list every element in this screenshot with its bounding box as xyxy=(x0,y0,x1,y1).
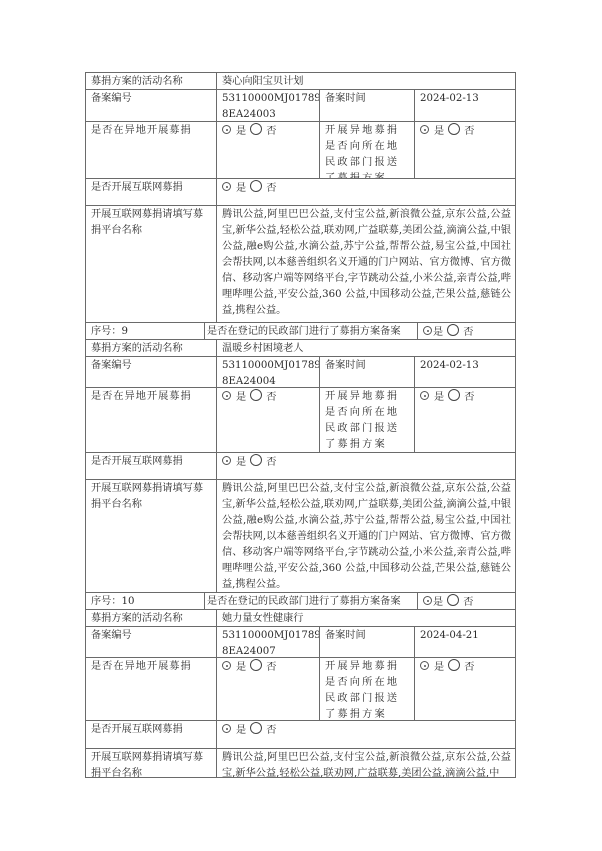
radio-no-icon[interactable] xyxy=(250,722,262,734)
offsite-report-radio-group: 是否 xyxy=(414,122,515,178)
platforms-row: 开展互联网募捐请填写募捐平台名称 腾讯公益,阿里巴巴公益,支付宝公益,新浪微公益… xyxy=(85,205,516,322)
offsite-label: 是否在异地开展募捐 xyxy=(86,122,216,178)
radio-no-label: 否 xyxy=(266,457,276,468)
activity-name-row: 募捐方案的活动名称 她力量女性健康行 xyxy=(85,609,516,626)
radio-yes-selected-icon[interactable] xyxy=(420,125,429,134)
activity-name-label: 募捐方案的活动名称 xyxy=(86,73,216,89)
activity-name-row: 募捐方案的活动名称 温暖乡村困境老人 xyxy=(85,339,516,356)
offsite-radio-group: 是否 xyxy=(216,658,319,720)
radio-yes-selected-icon[interactable] xyxy=(222,391,231,400)
radio-no-label: 否 xyxy=(464,662,474,673)
activity-name-label: 募捐方案的活动名称 xyxy=(86,340,216,356)
platforms-label: 开展互联网募捐请填写募捐平台名称 xyxy=(86,480,216,592)
internet-row: 是否开展互联网募捐 是否 xyxy=(85,720,516,748)
offsite-report-radio-group: 是否 xyxy=(414,388,515,452)
radio-yes-selected-icon[interactable] xyxy=(222,661,231,670)
radio-yes-label: 是 xyxy=(434,662,444,673)
activity-name-value: 她力量女性健康行 xyxy=(216,610,515,626)
platforms-value: 腾讯公益,阿里巴巴公益,支付宝公益,新浪微公益,京东公益,公益宝,新华公益,轻松… xyxy=(216,480,515,592)
platforms-row: 开展互联网募捐请填写募捐平台名称 腾讯公益,阿里巴巴公益,支付宝公益,新浪微公益… xyxy=(85,748,516,777)
radio-yes-label: 是 xyxy=(434,392,444,403)
filed-radio-group: 是否 xyxy=(417,323,515,339)
radio-no-label: 否 xyxy=(266,725,276,736)
filed-question-label: 是否在登记的民政部门进行了募捐方案备案 xyxy=(204,323,417,339)
radio-no-label: 否 xyxy=(266,126,276,137)
radio-yes-selected-icon[interactable] xyxy=(420,661,429,670)
offsite-report-radio-group: 是否 xyxy=(414,658,515,720)
activity-name-label: 募捐方案的活动名称 xyxy=(86,610,216,626)
record-no-line2: 8EA24004 xyxy=(222,374,315,387)
record-time-value: 2024-02-13 xyxy=(414,90,515,121)
record-no-line2: 8EA24003 xyxy=(222,107,315,121)
platforms-value: 腾讯公益,阿里巴巴公益,支付宝公益,新浪微公益,京东公益,公益宝,新华公益,轻松… xyxy=(216,206,515,322)
internet-radio-group: 是否 xyxy=(216,721,515,748)
activity-name-value: 葵心向阳宝贝计划 xyxy=(216,73,515,89)
radio-yes-selected-icon[interactable] xyxy=(420,391,429,400)
radio-no-label: 否 xyxy=(266,183,276,194)
radio-yes-selected-icon[interactable] xyxy=(423,596,432,605)
internet-row: 是否开展互联网募捐 是否 xyxy=(85,452,516,479)
radio-no-icon[interactable] xyxy=(448,389,460,401)
filed-question-label: 是否在登记的民政部门进行了募捐方案备案 xyxy=(204,593,417,609)
radio-no-label: 否 xyxy=(266,392,276,403)
radio-yes-selected-icon[interactable] xyxy=(222,182,231,191)
internet-row: 是否开展互联网募捐 是否 xyxy=(85,178,516,205)
radio-no-icon[interactable] xyxy=(250,454,262,466)
table-bottom-border xyxy=(85,777,516,778)
radio-yes-selected-icon[interactable] xyxy=(222,456,231,465)
record-no-row: 备案编号 53110000MJ017890 8EA24004 备案时间 2024… xyxy=(85,356,516,387)
offsite-label: 是否在异地开展募捐 xyxy=(86,388,216,452)
radio-yes-selected-icon[interactable] xyxy=(222,125,231,134)
record-no-value: 53110000MJ017890 8EA24003 xyxy=(216,90,319,121)
serial-row: 序号：9 是否在登记的民政部门进行了募捐方案备案 是否 xyxy=(85,322,516,339)
internet-label: 是否开展互联网募捐 xyxy=(86,179,216,205)
radio-no-icon[interactable] xyxy=(448,123,460,135)
offsite-report-label: 开展异地募捐是否向所在地民政部门报送了募捐方案 xyxy=(319,122,414,178)
platforms-value: 腾讯公益,阿里巴巴公益,支付宝公益,新浪微公益,京东公益,公益宝,新华公益,轻松… xyxy=(216,749,515,777)
radio-no-label: 否 xyxy=(464,392,474,403)
offsite-row: 是否在异地开展募捐 是否 开展异地募捐是否向所在地民政部门报送了募捐方案 是否 xyxy=(85,121,516,178)
platforms-label: 开展互联网募捐请填写募捐平台名称 xyxy=(86,206,216,322)
record-no-row: 备案编号 53110000MJ017890 8EA24003 备案时间 2024… xyxy=(85,89,516,121)
record-no-value: 53110000MJ017890 8EA24007 xyxy=(216,627,319,657)
offsite-row: 是否在异地开展募捐 是否 开展异地募捐是否向所在地民政部门报送了募捐方案 是否 xyxy=(85,657,516,720)
radio-no-icon[interactable] xyxy=(447,594,459,606)
record-no-line2: 8EA24007 xyxy=(222,644,315,657)
radio-yes-label: 是 xyxy=(433,327,443,338)
record-no-line1: 53110000MJ017890 xyxy=(222,358,315,374)
record-no-line1: 53110000MJ017890 xyxy=(222,91,315,107)
offsite-report-label: 开展异地募捐是否向所在地民政部门报送了募捐方案 xyxy=(319,388,414,452)
record-no-label: 备案编号 xyxy=(86,357,216,387)
record-no-line1: 53110000MJ017890 xyxy=(222,628,315,644)
radio-yes-selected-icon[interactable] xyxy=(222,724,231,733)
offsite-row: 是否在异地开展募捐 是否 开展异地募捐是否向所在地民政部门报送了募捐方案 是否 xyxy=(85,387,516,452)
serial-number: 序号：9 xyxy=(86,323,204,339)
radio-yes-label: 是 xyxy=(236,392,246,403)
radio-yes-label: 是 xyxy=(236,457,246,468)
record-time-label: 备案时间 xyxy=(319,90,414,121)
radio-no-label: 否 xyxy=(464,126,474,137)
radio-yes-selected-icon[interactable] xyxy=(423,326,432,335)
record-time-label: 备案时间 xyxy=(319,357,414,387)
serial-row: 序号：10 是否在登记的民政部门进行了募捐方案备案 是否 xyxy=(85,592,516,609)
record-no-label: 备案编号 xyxy=(86,90,216,121)
radio-no-icon[interactable] xyxy=(250,659,262,671)
radio-yes-label: 是 xyxy=(236,662,246,673)
radio-no-icon[interactable] xyxy=(250,180,262,192)
record-no-value: 53110000MJ017890 8EA24004 xyxy=(216,357,319,387)
radio-no-icon[interactable] xyxy=(250,389,262,401)
radio-no-label: 否 xyxy=(463,597,473,608)
radio-yes-label: 是 xyxy=(236,725,246,736)
internet-radio-group: 是否 xyxy=(216,453,515,479)
radio-no-icon[interactable] xyxy=(447,324,459,336)
record-no-label: 备案编号 xyxy=(86,627,216,657)
offsite-report-label: 开展异地募捐是否向所在地民政部门报送了募捐方案 xyxy=(319,658,414,720)
internet-label: 是否开展互联网募捐 xyxy=(86,721,216,748)
radio-no-icon[interactable] xyxy=(448,659,460,671)
radio-yes-label: 是 xyxy=(236,126,246,137)
radio-no-label: 否 xyxy=(463,327,473,338)
internet-radio-group: 是否 xyxy=(216,179,515,205)
radio-yes-label: 是 xyxy=(434,126,444,137)
offsite-radio-group: 是否 xyxy=(216,388,319,452)
radio-yes-label: 是 xyxy=(433,597,443,608)
radio-no-icon[interactable] xyxy=(250,123,262,135)
radio-no-label: 否 xyxy=(266,662,276,673)
activity-name-value: 温暖乡村困境老人 xyxy=(216,340,515,356)
offsite-radio-group: 是否 xyxy=(216,122,319,178)
record-time-value: 2024-02-13 xyxy=(414,357,515,387)
offsite-label: 是否在异地开展募捐 xyxy=(86,658,216,720)
activity-name-row: 募捐方案的活动名称 葵心向阳宝贝计划 xyxy=(85,72,516,89)
record-time-value: 2024-04-21 xyxy=(414,627,515,657)
serial-number: 序号：10 xyxy=(86,593,204,609)
filed-radio-group: 是否 xyxy=(417,593,515,609)
document-page: 募捐方案的活动名称 葵心向阳宝贝计划 备案编号 53110000MJ017890… xyxy=(0,0,602,851)
internet-label: 是否开展互联网募捐 xyxy=(86,453,216,479)
record-no-row: 备案编号 53110000MJ017890 8EA24007 备案时间 2024… xyxy=(85,626,516,657)
record-time-label: 备案时间 xyxy=(319,627,414,657)
radio-yes-label: 是 xyxy=(236,183,246,194)
platforms-label: 开展互联网募捐请填写募捐平台名称 xyxy=(86,749,216,777)
platforms-row: 开展互联网募捐请填写募捐平台名称 腾讯公益,阿里巴巴公益,支付宝公益,新浪微公益… xyxy=(85,479,516,592)
